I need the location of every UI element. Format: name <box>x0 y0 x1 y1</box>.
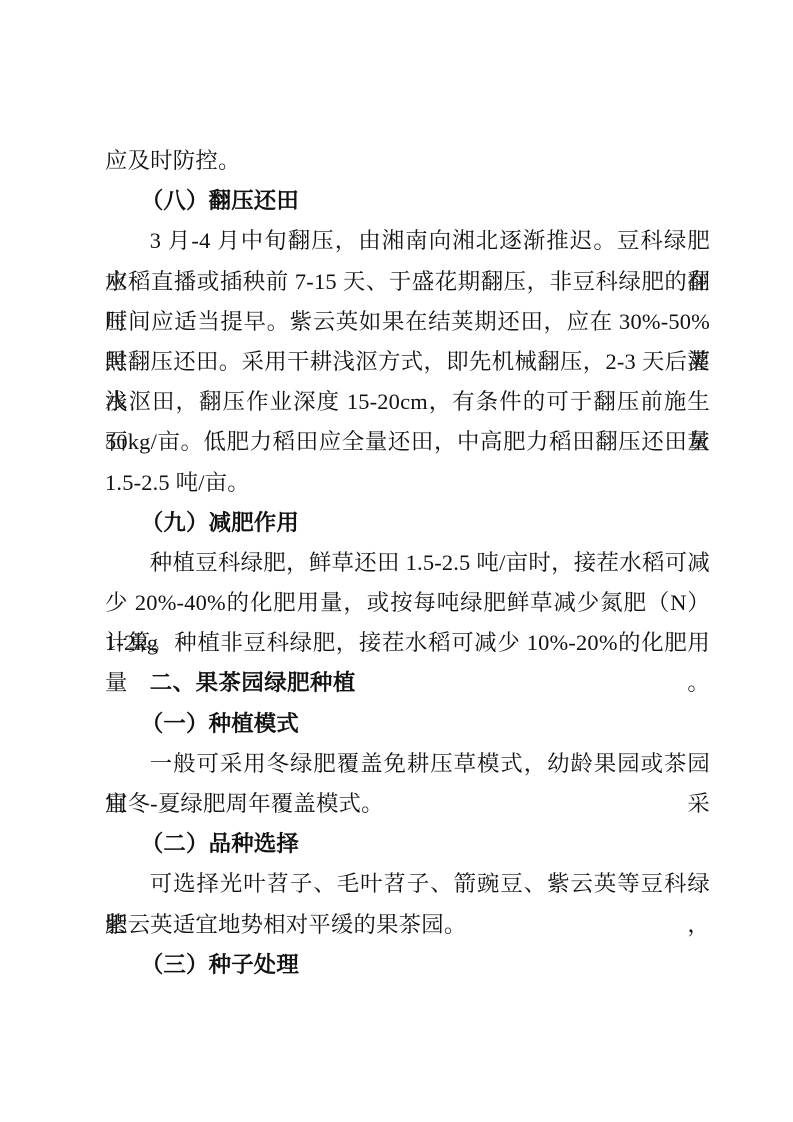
paragraph-line: 水沤田，翻压作业深度 15-20cm，有条件的可于翻压前施生石灰 <box>105 382 710 422</box>
document-page: 应及时防控。 （八）翻压还田 3 月-4 月中旬翻压，由湘南向湘北逐渐推迟。豆科… <box>0 0 793 1122</box>
paragraph-line: 可选择光叶苕子、毛叶苕子、箭豌豆、紫云英等豆科绿肥， <box>105 864 710 904</box>
paragraph-line: 计算。种植非豆科绿肥，接茬水稻可减少 10%-20%的化肥用量。 <box>105 623 710 663</box>
document-text: 应及时防控。 （八）翻压还田 3 月-4 月中旬翻压，由湘南向湘北逐渐推迟。豆科… <box>105 141 710 985</box>
paragraph-line: 1.5-2.5 吨/亩。 <box>105 463 710 503</box>
paragraph-line: 水稻直播或插秧前 7-15 天、于盛花期翻压，非豆科绿肥的翻压 <box>105 262 710 302</box>
paragraph-line: 时翻压还田。采用干耕浅沤方式，即先机械翻压，2-3 天后灌浅 <box>105 342 710 382</box>
heading-section-2-1: （一）种植模式 <box>105 704 710 744</box>
paragraph-line: 3 月-4 月中旬翻压，由湘南向湘北逐渐推迟。豆科绿肥应在 <box>105 221 710 261</box>
paragraph-line: 一般可采用冬绿肥覆盖免耕压草模式，幼龄果园或茶园宜采 <box>105 744 710 784</box>
paragraph-line: 种植豆科绿肥，鲜草还田 1.5-2.5 吨/亩时，接茬水稻可减 <box>105 543 710 583</box>
paragraph-line: 少 20%-40%的化肥用量，或按每吨绿肥鲜草减少氮肥（N）1-2kg <box>105 583 710 623</box>
paragraph-line: 时间应适当提早。紫云英如果在结荚期还田，应在 30%-50%黑荚 <box>105 302 710 342</box>
paragraph-line: 50kg/亩。低肥力稻田应全量还田，中高肥力稻田翻压还田量 <box>105 422 710 462</box>
heading-section-8: （八）翻压还田 <box>105 181 710 221</box>
paragraph-line: 应及时防控。 <box>105 141 710 181</box>
heading-section-2-2: （二）品种选择 <box>105 824 710 864</box>
heading-section-9: （九）减肥作用 <box>105 503 710 543</box>
heading-section-2-3: （三）种子处理 <box>105 945 710 985</box>
